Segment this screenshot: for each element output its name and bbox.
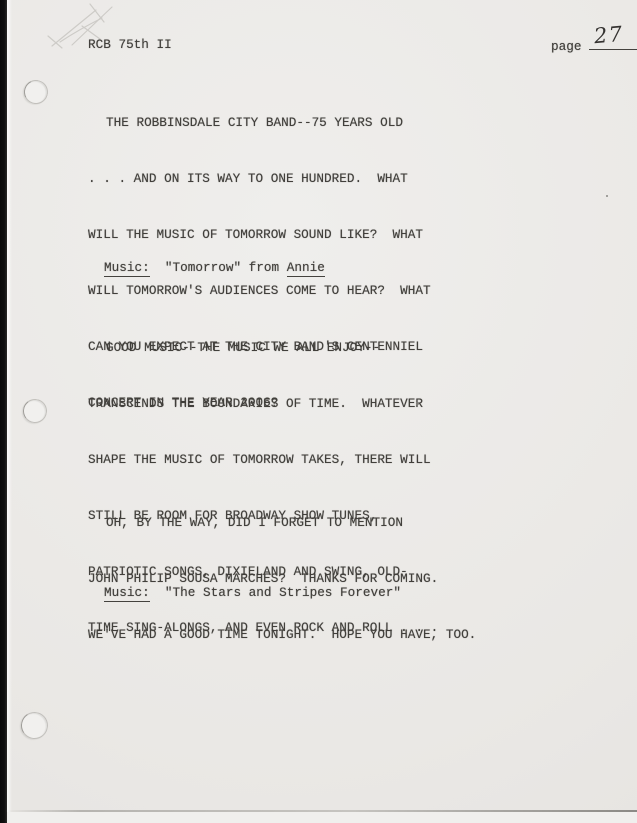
music-cue-label: Music:	[104, 260, 150, 277]
paragraph-line: SHAPE THE MUSIC OF TOMORROW TAKES, THERE…	[88, 447, 438, 473]
scan-speck	[606, 195, 608, 197]
paragraph-line: TRANSCENDS THE BOUNDARIES OF TIME. WHATE…	[88, 391, 438, 417]
music-cue-tomorrow: Music: "Tomorrow" from Annie	[104, 255, 325, 281]
page-label: page	[551, 39, 581, 54]
punch-hole-middle	[21, 397, 48, 424]
music-cue-text: "Tomorrow" from	[150, 260, 287, 275]
paragraph-line: THE ROBBINSDALE CITY BAND--75 YEARS OLD	[88, 110, 431, 136]
scanner-bed-strip	[7, 812, 637, 823]
scanner-edge-glare	[7, 0, 12, 823]
page-number-field: page 27	[551, 34, 637, 60]
music-cue-text: "The Stars and Stripes Forever"	[150, 585, 401, 600]
music-cue-title: Annie	[287, 260, 325, 277]
scanner-edge-shadow	[0, 0, 7, 823]
paragraph-line: . . . AND ON ITS WAY TO ONE HUNDRED. WHA…	[88, 166, 431, 192]
paragraph-line: WILL TOMORROW'S AUDIENCES COME TO HEAR? …	[88, 278, 431, 304]
paragraph-line: WE'VE HAD A GOOD TIME TONIGHT. HOPE YOU …	[88, 622, 476, 648]
paragraph-line: GOOD MUSIC--THE MUSIC WE ALL ENJOY--	[88, 335, 438, 361]
scan-speck	[416, 402, 419, 405]
punch-hole-top	[21, 77, 51, 107]
music-cue-label: Music:	[104, 585, 150, 602]
paragraph-line: WILL THE MUSIC OF TOMORROW SOUND LIKE? W…	[88, 222, 431, 248]
page-number-line: 27	[589, 36, 637, 50]
handwritten-page-number: 27	[593, 24, 624, 48]
punch-hole-bottom	[18, 709, 50, 741]
paragraph-line: OH, BY THE WAY, DID I FORGET TO MENTION	[88, 510, 476, 536]
document-id: RCB 75th II	[88, 32, 172, 58]
music-cue-stars-and-stripes: Music: "The Stars and Stripes Forever"	[104, 580, 401, 606]
scanned-typescript-page: RCB 75th II page 27 THE ROBBINSDALE CITY…	[0, 0, 637, 823]
paragraph-closing: OH, BY THE WAY, DID I FORGET TO MENTION …	[88, 480, 476, 678]
